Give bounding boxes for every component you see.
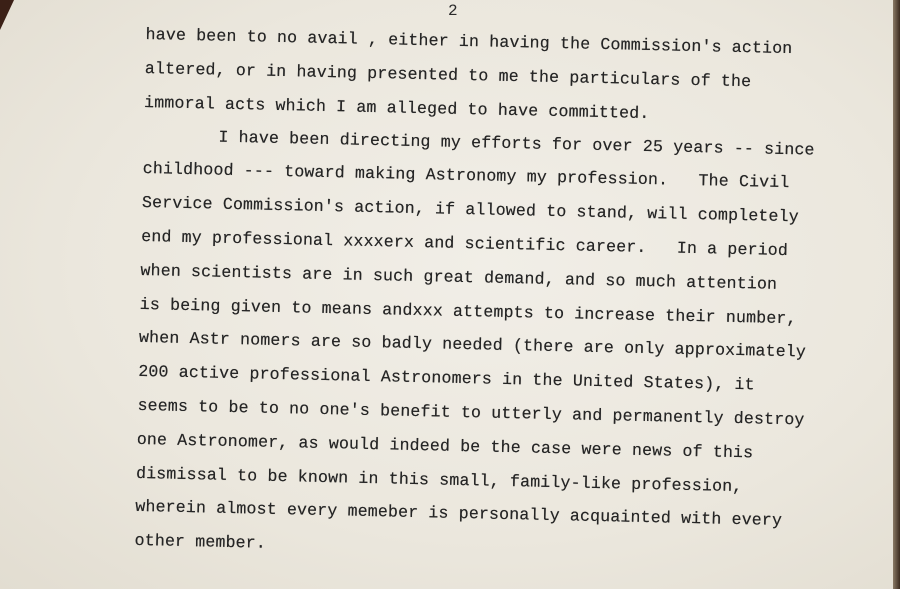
page-corner-shadow bbox=[0, 0, 14, 30]
document-page: 2 have been to no avail , either in havi… bbox=[0, 0, 893, 589]
typewritten-body: have been to no avail , either in having… bbox=[134, 18, 866, 574]
page-number: 2 bbox=[448, 2, 458, 20]
paper-edge-shadow bbox=[893, 0, 900, 589]
